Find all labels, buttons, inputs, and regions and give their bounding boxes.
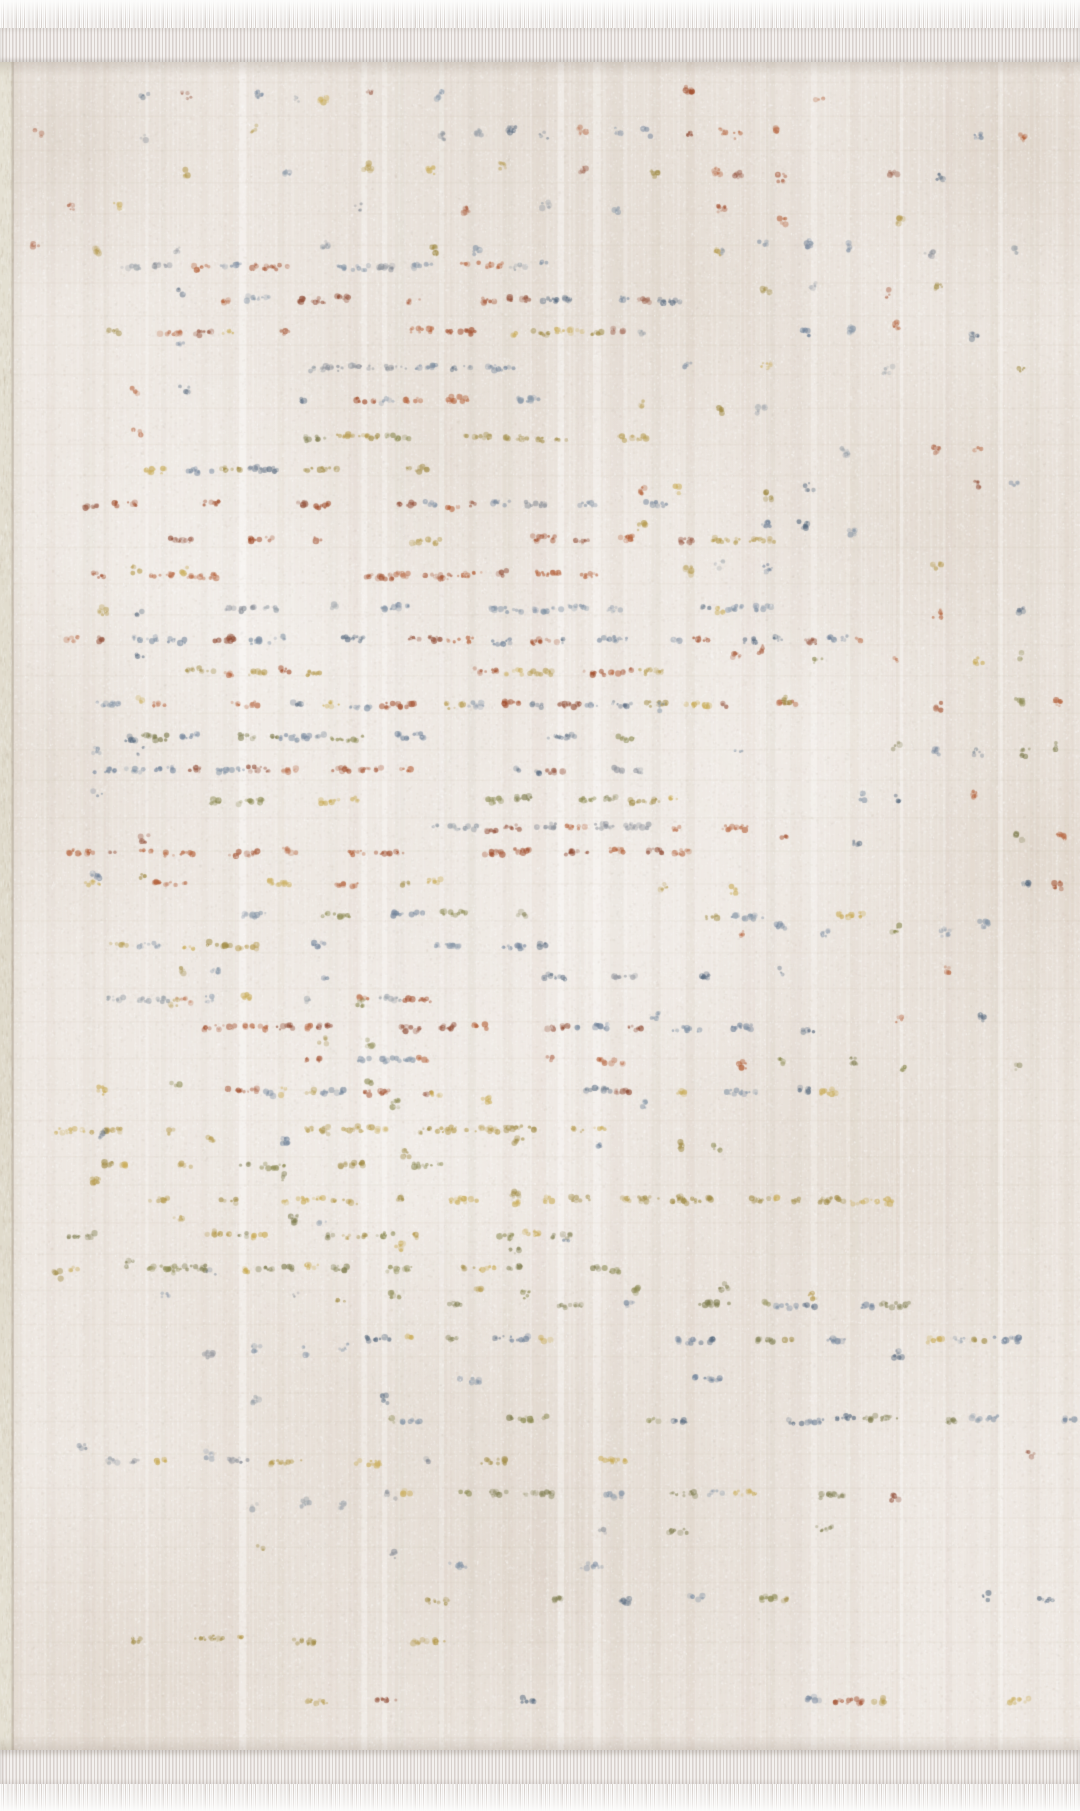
bottom-fringe-threads xyxy=(0,1784,1080,1811)
rug-product-photo xyxy=(0,0,1080,1811)
top-fringe-threads xyxy=(0,0,1080,30)
top-fringe-band xyxy=(0,28,1080,62)
bottom-fringe-band xyxy=(0,1750,1080,1784)
rug-pile-texture xyxy=(0,62,1080,1750)
